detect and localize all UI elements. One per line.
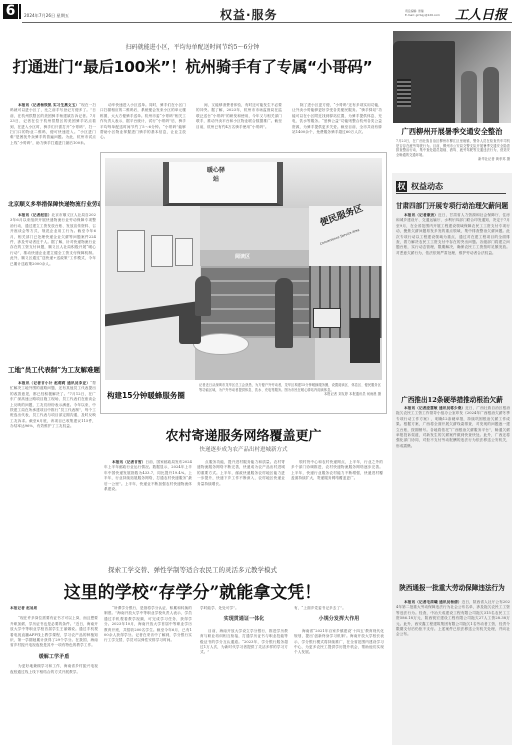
bottom-col-2: “所谓学分银行，是指将学分认证、积累和转换的制度。”海南开放大学中等职业学校负责… <box>104 606 192 748</box>
rights-story-2-body: 本报讯（记者庞慧敏 通讯员蒋少桑）近日，广西壮族自治区根治拖欠农民工工资工作领导… <box>396 406 510 576</box>
masthead: 6 2024年7月26日 星期五 权益·服务 责任编辑: 窦瑞 E-mail: … <box>0 0 515 24</box>
left-story-1-body: 本报讯（记者赵思）北京市顺义区人社局自2023年6月以来组织开展快递物流行业劳动… <box>10 213 96 353</box>
rights-story-3-headline: 陕西通报一批重大劳动保障违法行为 <box>394 582 510 592</box>
photo-table <box>193 333 249 355</box>
rights-story-1-body: 本报讯（记者康劲）近日，甘肃省人力资源和社会保障厅、住房和城乡建设厅、交通运输厅… <box>396 213 510 343</box>
rural-col-1: 本报讯（记者甘皙）日前，国家邮政局发布2024年上半年邮政行业运行情况。数据显示… <box>104 460 192 552</box>
center-photo-caption-title: 构建15分钟暖蜂服务圈 <box>107 390 185 401</box>
bottom-byline: 本报记者 赵易周 <box>10 606 98 611</box>
photo-dispenser <box>350 318 380 363</box>
issue-date: 2024年7月26日 星期五 <box>24 13 69 19</box>
side-photo-credit: 新华社记者 黄孝邦 摄 <box>478 157 510 161</box>
lead-col-1: 本报讯（记者杨铁凯 实习生燕文玉）“现在一扫码就可以进小区了，比之前手写登记方便… <box>10 103 96 215</box>
photo-poster-1 <box>117 230 145 272</box>
rural-col-3: 领村货中心和农村快递网点，上半年，行业之外的多个部门协调推进，农村快递物流服务网… <box>291 460 383 552</box>
bottom-col-4-subhead: 小规分发挥大作用 <box>294 617 384 622</box>
rights-story-2-headline: 广西推出12条硬举措推动根治欠薪 <box>394 394 510 404</box>
side-photo-caption-title: 广西柳州开展暑季交通安全整治 <box>393 127 511 137</box>
photo-reading-sign-text: 阅读区 <box>235 253 250 260</box>
rural-headline: 农村寄递服务网络覆盖更广 <box>100 425 387 444</box>
lead-byline: 本报讯（记者杨铁凯 实习生燕文玉） <box>18 103 79 107</box>
side-photo-grille <box>397 79 411 107</box>
lead-col-4: 除了进小区更方便，“小哥码”还有多项实用功能，让外卖小哥能够更好享受各类便民服务… <box>292 103 382 151</box>
bottom-col-3-subhead: 实现贯通证一体化 <box>200 617 288 622</box>
paper-logo: 工人日报 <box>455 4 507 23</box>
page-number: 6 <box>6 3 16 19</box>
photo-reading-sign <box>200 250 310 266</box>
photo-sign-top: 暖心驿站 <box>205 166 227 184</box>
rights-label-box: 权 权益动态 <box>396 180 506 194</box>
editor-email: E-mail: grrbqy@126.com <box>405 14 440 18</box>
photo-microwave <box>313 308 341 328</box>
photo-person-standing-2 <box>275 278 293 348</box>
lead-headline: 打通进门“最后100米”！杭州骑手有了专属“小哥码” <box>0 55 385 77</box>
bottom-col-3: 学时能学、处处可学”。 实现贯通证一体化 目前，海南开放大学设立学分银行，推进学… <box>200 606 288 748</box>
masthead-rule <box>22 22 512 23</box>
center-photo-caption: 记者近日从深圳市龙华区总工会获悉，为方便户外劳动者，龙华区构建15分钟暖蜂服务圈… <box>199 383 381 411</box>
section-title: 权益·服务 <box>220 6 278 23</box>
side-photo-caption: 7月23日，在广西壮族自治区柳州市柳江区里雍镇，警务人员在检查货车司机是否存在疲… <box>396 139 510 169</box>
left-story-2-headline: 工地“员工代表制”为工友解难题 <box>8 365 100 374</box>
page-number-box: 6 <box>3 4 18 19</box>
photo-poster-3 <box>175 238 193 266</box>
bottom-kicker: 探索工学交替、弹性学制等适合农民工的灵活多元教学模式 <box>0 565 385 574</box>
center-photo: 暖心驿站 阅读区 便民服务区 Convenience Service Area <box>105 158 382 380</box>
center-photo-frame: 暖心驿站 阅读区 便民服务区 Convenience Service Area … <box>100 152 387 414</box>
bottom-headline: 这里的学校“存学分”就能拿文凭！ <box>0 578 385 603</box>
rights-label: 权益动态 <box>411 181 443 192</box>
side-photo-officer-1 <box>461 71 477 123</box>
rights-label-icon: 权 <box>396 181 407 192</box>
rights-story-3-body: 本报讯（记者毛浓曦 通讯员杨倩）近日，陕西省人社厅公布2024年第二批重大劳动保… <box>396 600 510 740</box>
center-photo-credit: 本报记者 刘友婷 本报通讯员 何雨晨 摄 <box>324 392 381 396</box>
rights-story-1-headline: 甘肃四部门开展专项行动治理欠薪问题 <box>394 200 510 210</box>
bottom-col-1: 本报记者 赵易周 “现在许多岗位需要有证书才可以上岗，而且想要升职加薪，学历证书… <box>10 606 98 748</box>
side-photo-officer-2 <box>483 67 499 123</box>
rural-col-2: 点服务功能，提升进村服务能力和质量。农村寄递物流服务网络不断完善，快递成为农产品… <box>197 460 285 552</box>
bottom-col-1-subhead: 缓解工学矛盾 <box>10 655 98 660</box>
page-number-bar <box>19 4 21 19</box>
left-story-1-headline: 北京顺义多举措保障快递物流行业劳动者权益 <box>8 200 100 208</box>
rural-kicker: 快递逐步成为农产品出村进城新方式 <box>100 445 387 453</box>
lead-col-3: 间，又能够消费者体验，有时还可能发生不必要的冲突。据了解，2023年，杭州市市场… <box>196 103 282 151</box>
left-story-2-body: 本报讯（记者甘小计 赵莉莉 通讯员李亚）“帮忙解决工地外围的道路问题，还有其他员… <box>10 381 96 551</box>
photo-poster-2 <box>151 235 173 267</box>
lead-kicker: 扫码就能进小区，平均每单配送时间节约5～6分钟 <box>0 42 385 51</box>
bottom-col-4: 有，“上面乡党委书记多去了”。 小规分发挥大作用 海南省“2021年百家乡镇建设… <box>294 606 384 748</box>
side-photo <box>393 31 511 123</box>
editor-info: 责任编辑: 窦瑞 E-mail: grrbqy@126.com <box>405 10 440 17</box>
photo-person-standing-1 <box>195 276 211 316</box>
